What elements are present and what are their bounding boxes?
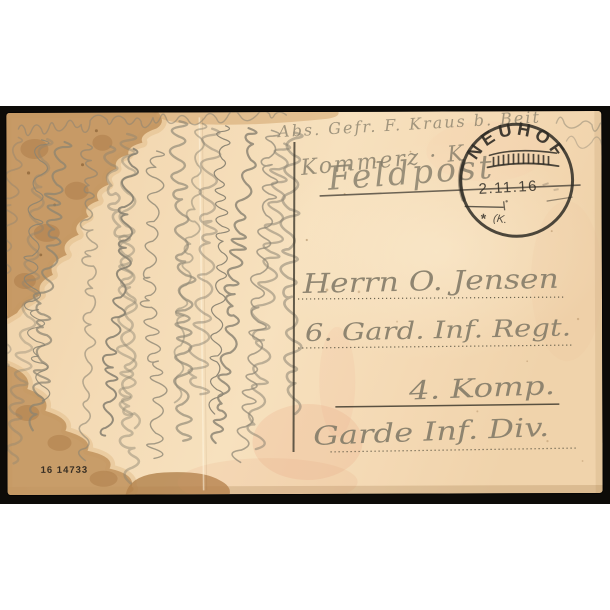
scan-page: Abs. Gefr. F. Kraus b. Beit Kommerz · K …: [0, 0, 610, 610]
catalog-number: 16 14733: [41, 465, 89, 476]
address-line-3: 4. Komp.: [407, 371, 555, 407]
address-line-1: Herrn O. Jensen: [301, 264, 559, 300]
postcard-scan: Abs. Gefr. F. Kraus b. Beit Kommerz · K …: [6, 111, 602, 495]
photo-background: Abs. Gefr. F. Kraus b. Beit Kommerz · K …: [0, 106, 610, 504]
postmark-code: (K.: [492, 212, 508, 226]
address-line-2: 6. Gard. Inf. Regt.: [305, 313, 572, 347]
postmark-date: 2.11.16: [478, 178, 538, 198]
postmark-star: *: [481, 210, 487, 226]
postcard: Abs. Gefr. F. Kraus b. Beit Kommerz · K …: [6, 111, 602, 495]
